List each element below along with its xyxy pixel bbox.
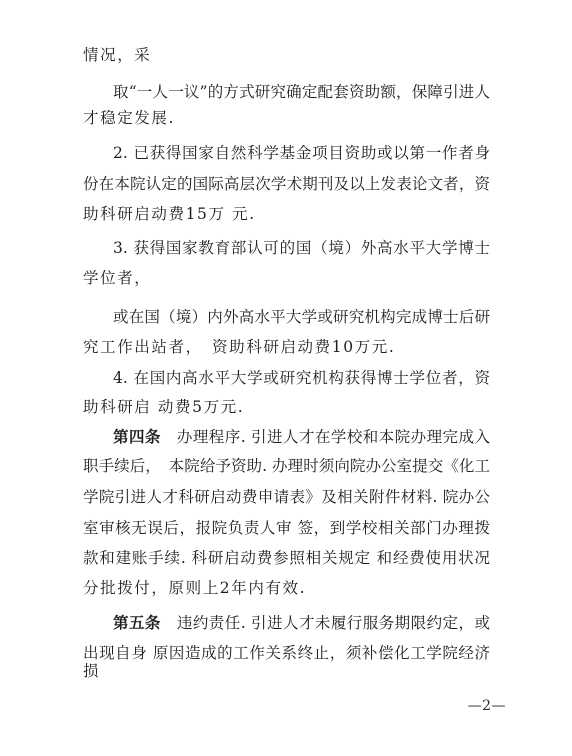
doc-line-03: 才稳定发展. (83, 110, 175, 128)
doc-line-19: 第五条 违约责任. 引进人才未履行服务期限约定，或 (113, 614, 490, 633)
doc-line-04: 2. 已获得国家自然科学基金项目资助或以第一作者身 (113, 145, 490, 163)
doc-line-13: 第四条 办理程序. 引进人才在学校和本院办理完成入 (113, 428, 490, 447)
doc-line-08: 学位者， (83, 270, 151, 288)
doc-line-14: 职手续后， 本院给予资助. 办理时须向院办公室提交《化工 (83, 458, 490, 476)
document-page: 情况，采 取“一人一议”的方式研究确定配套资助额，保障引进人 才稳定发展. 2.… (0, 0, 572, 756)
clause-4-number: 第四条 (113, 427, 161, 446)
clause-4-text: 办理程序. 引进人才在学校和本院办理完成入 (161, 428, 490, 446)
doc-line-16: 室审核无误后，报院负责人审 签，到学校相关部门办理拨 (83, 520, 490, 538)
doc-line-05: 份在本院认定的国际高层次学术期刊及以上发表论文者，资 (83, 176, 490, 194)
doc-line-15: 学院引进人才科研启动费申请表》及相关附件材料. 院办公 (83, 489, 490, 507)
doc-line-18: 分批拨付，原则上2年内有效. (83, 580, 306, 598)
doc-line-10: 究工作出站者， 资助科研启动费10万元. (83, 339, 395, 357)
doc-line-06: 助科研启动费15万 元. (83, 206, 256, 224)
doc-line-12: 助科研启 动费5万元. (83, 399, 244, 417)
doc-line-02: 取“一人一议”的方式研究确定配套资助额，保障引进人 (113, 84, 490, 102)
doc-line-11: 4. 在国内高水平大学或研究机构获得博士学位者，资 (113, 370, 490, 388)
page-number: —2— (468, 698, 506, 714)
doc-line-17: 款和建账手续. 科研启动费参照相关规定 和经费使用状况 (83, 550, 490, 568)
clause-5-number: 第五条 (113, 613, 161, 632)
clause-5-text: 违约责任. 引进人才未履行服务期限约定，或 (161, 614, 490, 632)
doc-line-07: 3. 获得国家教育部认可的国（境）外高水平大学博士 (113, 240, 490, 258)
doc-line-09: 或在国（境）内外高水平大学或研究机构完成博士后研 (113, 309, 490, 327)
doc-line-01: 情况，采 (83, 47, 151, 65)
doc-line-20: 出现自身 原因造成的工作关系终止，须补偿化工学院经济损 (83, 645, 490, 681)
